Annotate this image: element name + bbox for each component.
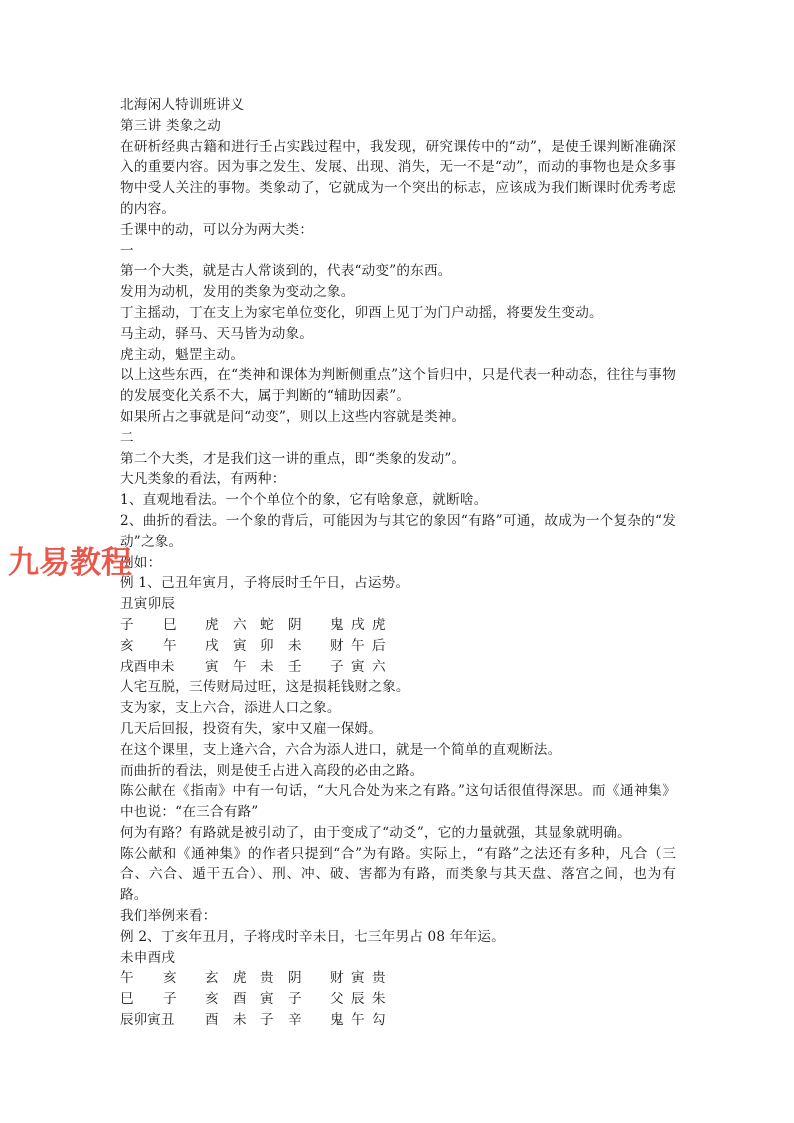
chart-cell: 朱 bbox=[372, 989, 386, 1010]
chart-cell: 辰卯寅丑 bbox=[120, 1010, 174, 1031]
section-1-paragraph: 以上这些东西，在“类神和课体为判断侧重点”这个旨归中，只是代表一种动态，往往与事… bbox=[120, 365, 676, 407]
section-2-line: 1、直观地看法。一个个单位个的象，它有啥象意，就断啥。 bbox=[120, 490, 676, 511]
chart-cell: 子 bbox=[288, 989, 302, 1010]
chart-cell: 鬼 bbox=[330, 1010, 344, 1031]
chart-cell: 未 bbox=[288, 636, 302, 657]
chart-cell: 戌酉申未 bbox=[120, 657, 174, 678]
example-1-chart-row: 戌酉申未 寅 午 未 壬 子 寅 六 bbox=[120, 657, 676, 678]
chart-cell: 玄 bbox=[205, 968, 219, 989]
chart-cell: 后 bbox=[372, 636, 386, 657]
section-2-paragraph: 2、曲折的看法。一个象的背后，可能因为与其它的象因“有路”可通，故成为一个复杂的… bbox=[120, 511, 676, 553]
chart-cell: 午 bbox=[163, 636, 177, 657]
example-2-chart-row: 辰卯寅丑 酉 未 子 辛 鬼 午 勾 bbox=[120, 1010, 676, 1031]
chart-cell: 子 bbox=[120, 615, 134, 636]
example-1-note: 在这个课里，支上逢六合，六合为添人进口，就是一个简单的直观断法。 bbox=[120, 740, 676, 761]
chart-cell: 父 bbox=[330, 989, 344, 1010]
example-1-header: 例 1、己丑年寅月，子将辰时壬午日，占运势。 bbox=[120, 573, 676, 594]
chart-cell: 辛 bbox=[288, 1010, 302, 1031]
example-1-four-lessons-top: 丑寅卯辰 bbox=[120, 594, 676, 615]
chart-cell: 鬼 bbox=[330, 615, 344, 636]
document-page: 北海闲人特训班讲义 第三讲 类象之动 在研析经典古籍和进行壬占实践过程中，我发现… bbox=[120, 95, 676, 1031]
chart-cell: 虎 bbox=[205, 615, 219, 636]
chart-cell: 午 bbox=[351, 636, 365, 657]
chart-cell: 亥 bbox=[163, 968, 177, 989]
chart-cell: 午 bbox=[120, 968, 134, 989]
example-lead: 我们举例来看： bbox=[120, 906, 676, 927]
chart-cell: 未 bbox=[233, 1010, 247, 1031]
chart-cell: 六 bbox=[233, 615, 247, 636]
chart-cell: 酉 bbox=[233, 989, 247, 1010]
section-1-line: 丁主摇动，丁在支上为家宅单位变化，卯酉上见丁为门户动摇，将要发生变动。 bbox=[120, 303, 676, 324]
lecture-heading: 第三讲 类象之动 bbox=[120, 116, 676, 137]
example-intro: 例如： bbox=[120, 553, 676, 574]
chart-cell: 未 bbox=[260, 657, 274, 678]
section-1-conclusion: 如果所占之事就是问“动变”，则以上这些内容就是类神。 bbox=[120, 407, 676, 428]
chart-cell: 寅 bbox=[205, 657, 219, 678]
chart-cell: 巳 bbox=[120, 989, 134, 1010]
chart-cell: 财 bbox=[330, 968, 344, 989]
section-1-line: 第一个大类，就是古人常谈到的，代表“动变”的东西。 bbox=[120, 261, 676, 282]
section-2-marker: 二 bbox=[120, 428, 676, 449]
chart-cell: 寅 bbox=[233, 636, 247, 657]
example-1-chart-row: 子 巳 虎 六 蛇 阴 鬼 戌 虎 bbox=[120, 615, 676, 636]
chart-cell: 贵 bbox=[372, 968, 386, 989]
chart-cell: 蛇 bbox=[260, 615, 274, 636]
example-2-header: 例 2、丁亥年丑月，子将戌时辛未日，七三年男占 08 年年运。 bbox=[120, 927, 676, 948]
watermark-logo: 九易教程 bbox=[8, 544, 132, 582]
chart-cell: 壬 bbox=[288, 657, 302, 678]
example-1-note: 支为家，支上六合，添进人口之象。 bbox=[120, 698, 676, 719]
chart-cell: 子 bbox=[330, 657, 344, 678]
chart-cell: 巳 bbox=[163, 615, 177, 636]
section-1-marker: 一 bbox=[120, 241, 676, 262]
document-title: 北海闲人特训班讲义 bbox=[120, 95, 676, 116]
chart-cell: 虎 bbox=[372, 615, 386, 636]
section-1-line: 虎主动，魁罡主动。 bbox=[120, 345, 676, 366]
section-2-line: 第二个大类，才是我们这一讲的重点，即“类象的发动”。 bbox=[120, 449, 676, 470]
chart-cell: 子 bbox=[163, 989, 177, 1010]
section-2-line: 大凡类象的看法，有两种： bbox=[120, 469, 676, 490]
example-2-four-lessons-top: 未申酉戌 bbox=[120, 948, 676, 969]
chart-cell: 寅 bbox=[351, 968, 365, 989]
section-1-line: 发用为动机，发用的类象为变动之象。 bbox=[120, 282, 676, 303]
chart-cell: 寅 bbox=[260, 989, 274, 1010]
example-1-chart-row: 亥 午 戌 寅 卯 未 财 午 后 bbox=[120, 636, 676, 657]
path-line: 何为有路？有路就是被引动了，由于变成了“动爻”，它的力量就强，其显象就明确。 bbox=[120, 823, 676, 844]
path-paragraph: 陈公献和《通神集》的作者只提到“合”为有路。实际上，“有路”之法还有多种，凡合（… bbox=[120, 844, 676, 906]
section-1-line: 马主动，驿马、天马皆为动象。 bbox=[120, 324, 676, 345]
chart-cell: 亥 bbox=[120, 636, 134, 657]
example-1-note: 几天后回报，投资有失，家中又雇一保姆。 bbox=[120, 719, 676, 740]
chart-cell: 勾 bbox=[372, 1010, 386, 1031]
chart-cell: 贵 bbox=[260, 968, 274, 989]
chart-cell: 午 bbox=[351, 1010, 365, 1031]
example-1-note: 而曲折的看法，则是使壬占进入高段的必由之路。 bbox=[120, 761, 676, 782]
quote-paragraph: 陈公献在《指南》中有一句话，“大凡合处为来之有路。”这句话很值得深思。而《通神集… bbox=[120, 781, 676, 823]
chart-cell: 酉 bbox=[205, 1010, 219, 1031]
chart-cell: 寅 bbox=[351, 657, 365, 678]
chart-cell: 子 bbox=[260, 1010, 274, 1031]
chart-cell: 阴 bbox=[288, 968, 302, 989]
intro-paragraph: 在研析经典古籍和进行壬占实践过程中，我发现，研究课传中的“动”，是使壬课判断准确… bbox=[120, 137, 676, 220]
chart-cell: 虎 bbox=[233, 968, 247, 989]
chart-cell: 六 bbox=[372, 657, 386, 678]
example-1-note: 人宅互脱，三传财局过旺，这是损耗钱财之象。 bbox=[120, 677, 676, 698]
chart-cell: 戌 bbox=[351, 615, 365, 636]
example-2-chart-row: 巳 子 亥 酉 寅 子 父 辰 朱 bbox=[120, 989, 676, 1010]
chart-cell: 亥 bbox=[205, 989, 219, 1010]
chart-cell: 阴 bbox=[288, 615, 302, 636]
chart-cell: 戌 bbox=[205, 636, 219, 657]
chart-cell: 辰 bbox=[351, 989, 365, 1010]
classify-line: 壬课中的动，可以分为两大类： bbox=[120, 220, 676, 241]
example-2-chart-row: 午 亥 玄 虎 贵 阴 财 寅 贵 bbox=[120, 968, 676, 989]
chart-cell: 财 bbox=[330, 636, 344, 657]
chart-cell: 卯 bbox=[260, 636, 274, 657]
chart-cell: 午 bbox=[233, 657, 247, 678]
